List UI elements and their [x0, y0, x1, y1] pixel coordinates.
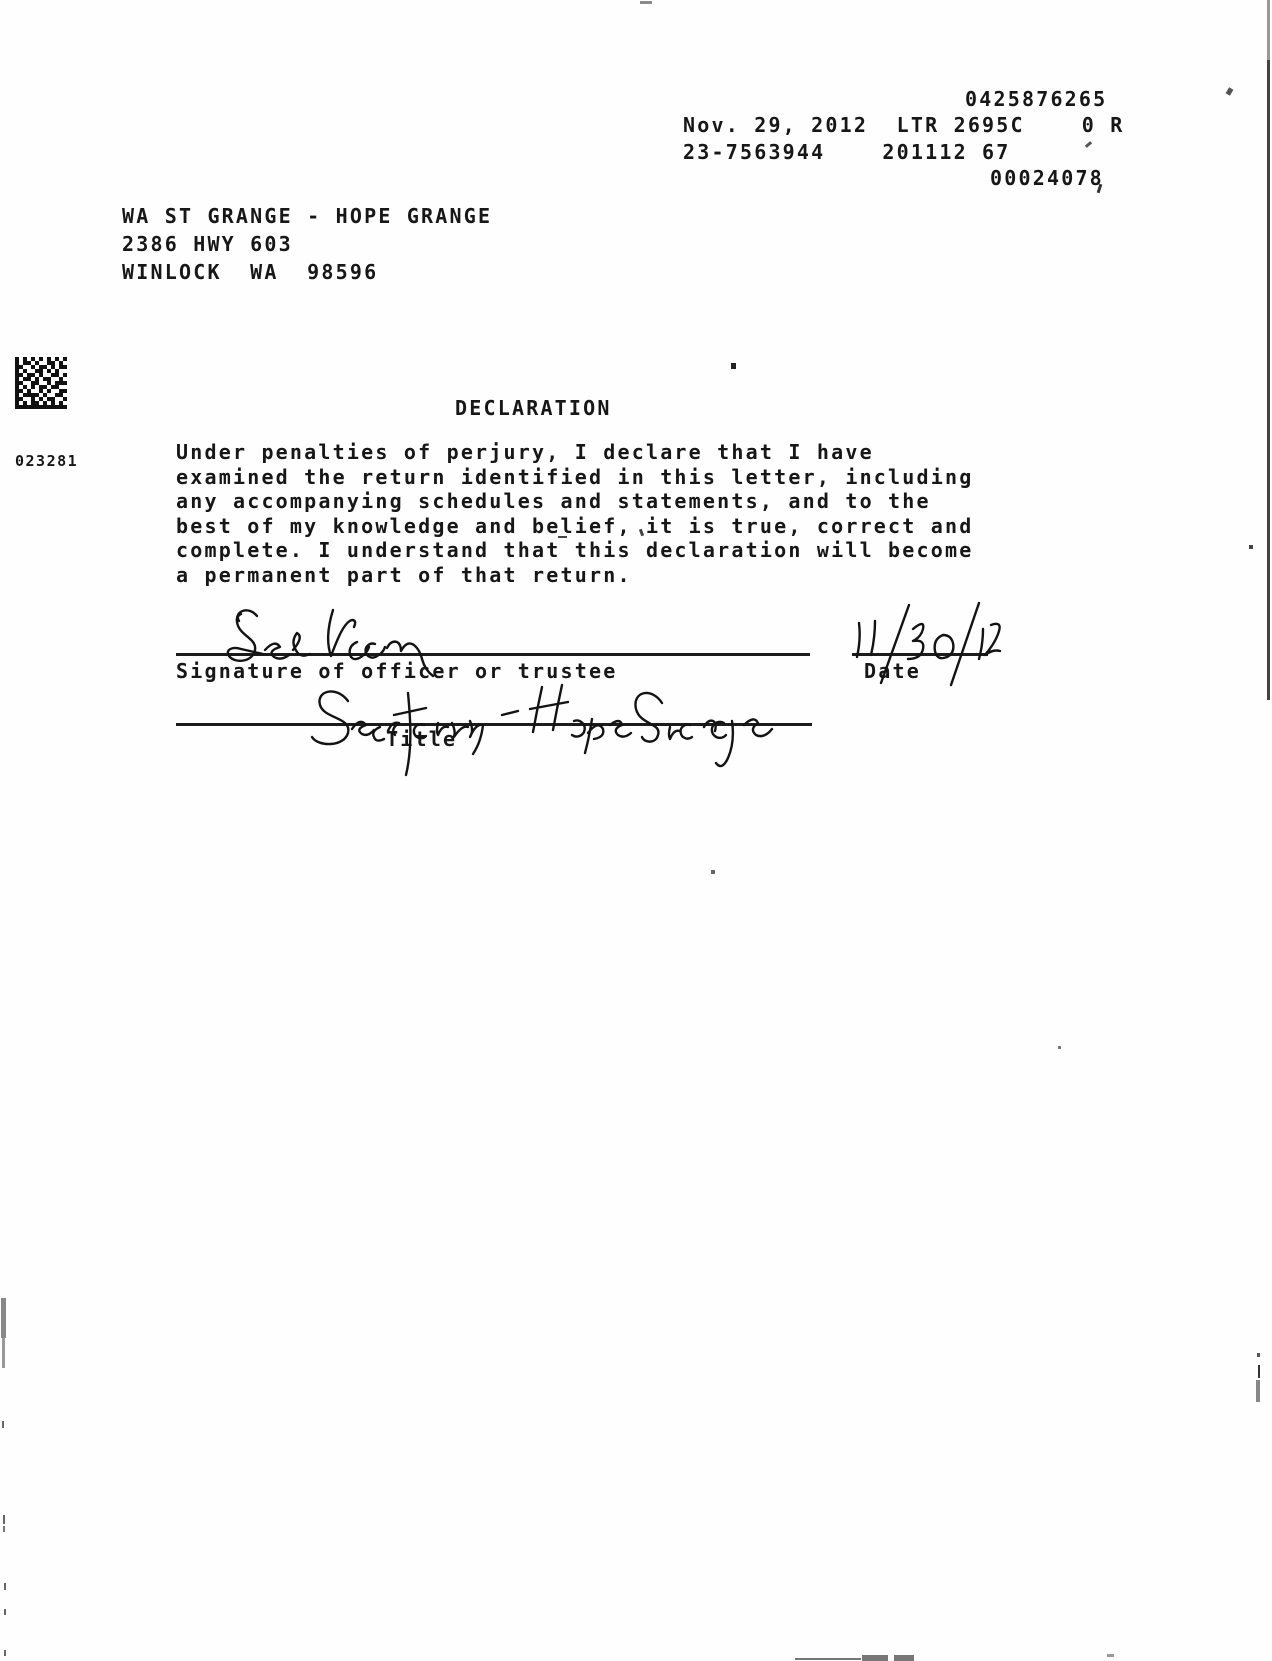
header-serial-number: 0425876265: [965, 88, 1107, 110]
scan-artifact: [1249, 545, 1253, 549]
declaration-line: Under penalties of perjury, I declare th…: [176, 440, 974, 465]
scan-artifact: [795, 1658, 861, 1660]
declaration-heading: DECLARATION: [455, 397, 612, 419]
scan-artifact: [558, 536, 567, 538]
scan-artifact: [4, 1609, 6, 1615]
scan-artifact: [711, 870, 715, 874]
scan-artifact: [894, 1655, 914, 1661]
title-handwriting: [290, 675, 790, 785]
scan-artifact: [4, 1650, 6, 1656]
scan-artifact: [731, 363, 736, 369]
scan-artifact: [1257, 1353, 1260, 1357]
header-ein-line: 23-7563944 201112 67: [683, 141, 1011, 163]
declaration-paragraph: Under penalties of perjury, I declare th…: [176, 440, 974, 588]
scan-artifact: [1226, 87, 1234, 96]
declaration-line: any accompanying schedules and statement…: [176, 489, 974, 514]
declaration-line: examined the return identified in this l…: [176, 465, 974, 490]
scan-edge-artifact: [1, 1298, 6, 1338]
barcode-label: 023281: [15, 450, 78, 472]
header-date-ltr-line: Nov. 29, 2012 LTR 2695C 0 R: [683, 114, 1124, 136]
scan-artifact: [3, 1526, 5, 1532]
scan-artifact: [4, 1583, 6, 1590]
scan-artifact: [3, 1515, 5, 1524]
header-code-line: 00024078: [990, 167, 1104, 189]
declaration-line: best of my knowledge and belief, it is t…: [176, 514, 974, 539]
recipient-city-state-zip: WINLOCK WA 98596: [122, 261, 378, 283]
recipient-name: WA ST GRANGE - HOPE GRANGE: [122, 205, 492, 227]
scanned-letter-page: 0425876265 Nov. 29, 2012 LTR 2695C 0 R 2…: [0, 0, 1272, 1661]
scan-artifact: [862, 1655, 888, 1661]
scan-artifact: [1107, 1654, 1114, 1657]
recipient-street: 2386 HWY 603: [122, 233, 293, 255]
scan-artifact: [1258, 1365, 1260, 1378]
declaration-line: complete. I understand that this declara…: [176, 538, 974, 563]
scan-artifact: [2, 1421, 4, 1428]
declaration-line: a permanent part of that return.: [176, 563, 974, 588]
scan-artifact: [1085, 141, 1092, 148]
scan-edge-artifact: [1267, 0, 1270, 60]
scan-edge-artifact: [1267, 60, 1270, 700]
datamatrix-barcode-icon: [15, 357, 67, 409]
scan-edge-artifact: [2, 1338, 5, 1368]
date-handwriting: [835, 595, 1010, 690]
scan-artifact: [640, 1, 652, 4]
signature-handwriting: [205, 598, 525, 683]
scan-edge-artifact: [1256, 1380, 1260, 1402]
scan-artifact: [1058, 1046, 1061, 1049]
